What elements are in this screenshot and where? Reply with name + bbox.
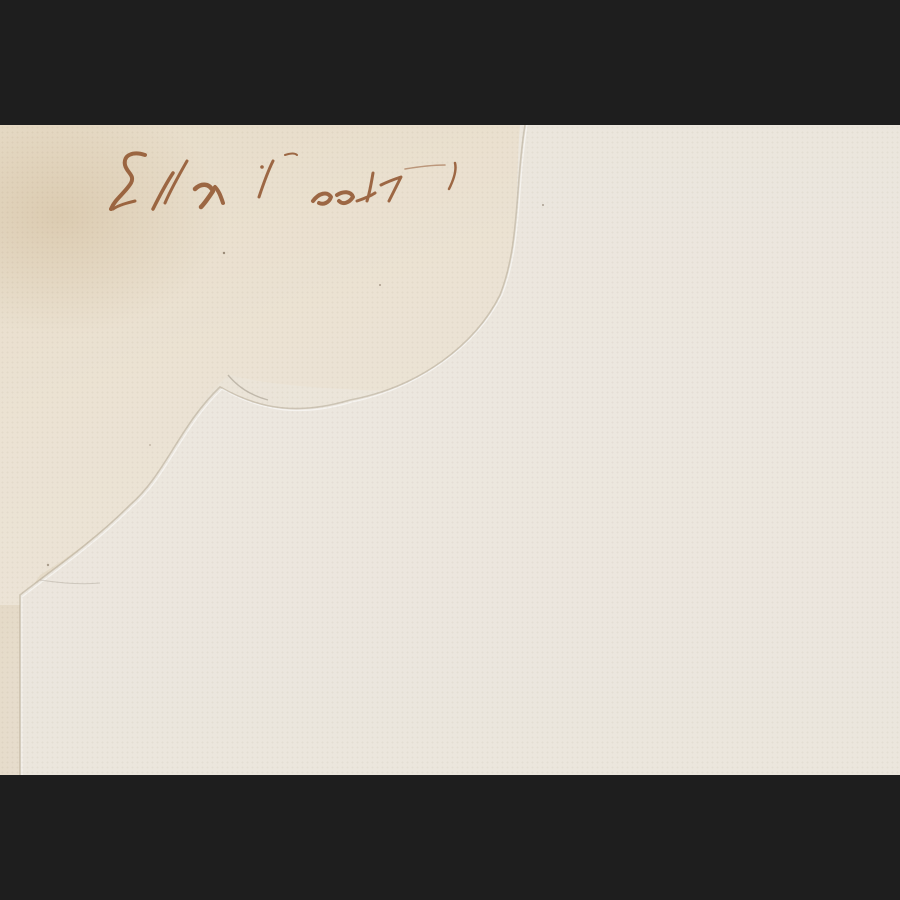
handwritten-inscription bbox=[105, 143, 485, 233]
photo-frame: Eliz aet 7 bbox=[0, 0, 900, 900]
letterbox-top bbox=[0, 0, 900, 125]
letterbox-bottom bbox=[0, 775, 900, 900]
paper-photograph: Eliz aet 7 bbox=[0, 125, 900, 775]
